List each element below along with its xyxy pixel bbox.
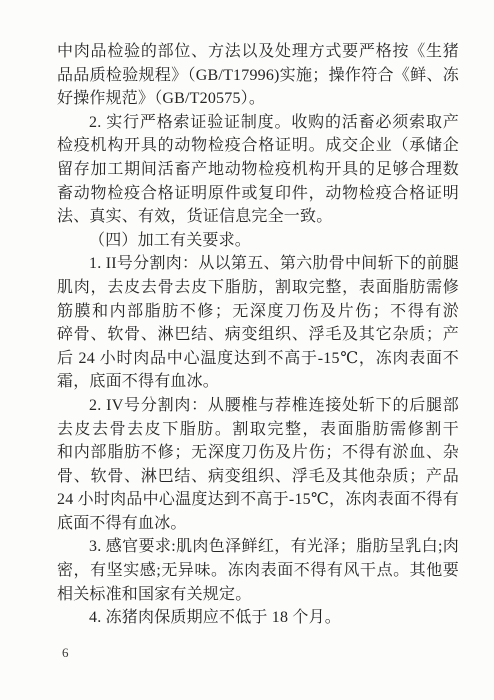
text-line: 1. II号分割肉：从以第五、第六肋骨中间斩下的前腿部位 (57, 252, 459, 276)
text-line: 筋膜和内部脂肪不修；无深度刀伤及片伤；不得有淤血、杂骨、 (57, 300, 459, 324)
page-number: 6 (62, 645, 69, 661)
text-line: 好操作规范》（GB/T20575）。 (57, 87, 459, 111)
text-line: 密，有坚实感;无异味。冻肉表面不得有风干点。其他要求参照 (57, 559, 459, 583)
text-line: 2. 实行严格索证验证制度。收购的活畜必须索取产地动物 (57, 111, 459, 135)
text-line: 中肉品检验的部位、方法以及处理方式要严格按《生猪屠宰产 (57, 40, 459, 64)
text-line: 畜动物检疫合格证明原件或复印件，动物检疫合格证明必须合 (57, 182, 459, 206)
text-line: 相关标准和国家有关规定。 (57, 583, 459, 607)
text-line: 霜，底面不得有血冰。 (57, 370, 459, 394)
document-page: 中肉品检验的部位、方法以及处理方式要严格按《生猪屠宰产品品质检验规程》（GB/T… (0, 0, 494, 700)
text-line: 底面不得有血冰。 (57, 512, 459, 536)
text-line: 品品质检验规程》（GB/T17996)实施；操作符合《鲜、冻肉良 (57, 64, 459, 88)
text-line: 4. 冻猪肉保质期应不低于 18 个月。 (57, 606, 459, 630)
text-line: 法、真实、有效，货证信息完全一致。 (57, 205, 459, 229)
text-line: 24 小时肉品中心温度达到不高于-15℃，冻肉表面不得有冰霜， (57, 488, 459, 512)
text-line: 3. 感官要求:肌肉色泽鲜红，有光泽；脂肪呈乳白;肉质紧 (57, 535, 459, 559)
text-line: 碎骨、软骨、淋巴结、病变组织、浮毛及其它杂质；产品急冻 (57, 323, 459, 347)
text-line: 后 24 小时肉品中心温度达到不高于-15℃，冻肉表面不得有冰 (57, 347, 459, 371)
text-line: 骨、软骨、淋巴结、病变组织、浮毛及其他杂质；产品急冻后 (57, 465, 459, 489)
text-line: （四）加工有关要求。 (57, 229, 459, 253)
text-line: 2. IV号分割肉：从腰椎与荐椎连接处斩下的后腿部位肌肉， (57, 394, 459, 418)
text-line: 和内部脂肪不修；无深度刀伤及片伤；不得有淤血、杂骨、碎 (57, 441, 459, 465)
text-line: 去皮去骨去皮下脂肪。割取完整，表面脂肪需修割干净，筋膜 (57, 418, 459, 442)
text-line: 检疫机构开具的动物检疫合格证明。成交企业（承储企业）需 (57, 134, 459, 158)
text-line: 肌肉，去皮去骨去皮下脂肪，割取完整，表面脂肪需修割干净， (57, 276, 459, 300)
text-line: 留存加工期间活畜产地动物检疫机构开具的足够合理数量的活 (57, 158, 459, 182)
page-body: 中肉品检验的部位、方法以及处理方式要严格按《生猪屠宰产品品质检验规程》（GB/T… (57, 40, 459, 630)
